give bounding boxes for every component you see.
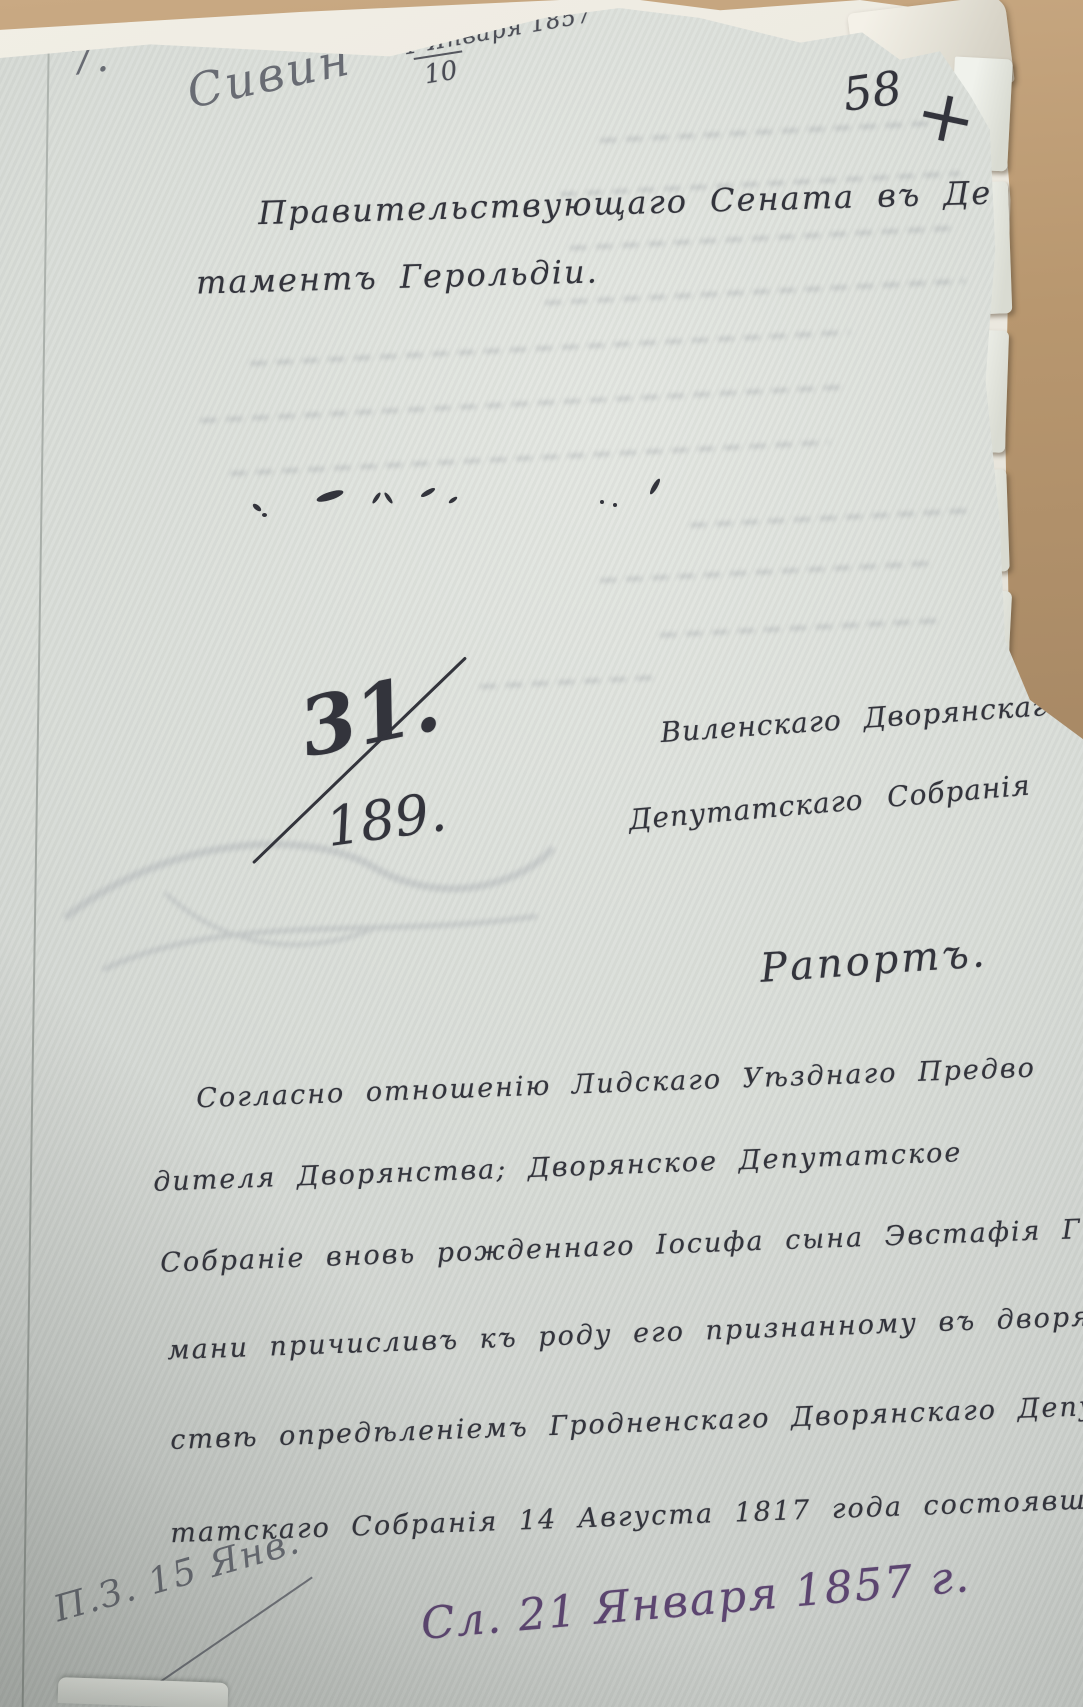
ink-blot — [315, 488, 344, 504]
bleed-through-line — [250, 330, 849, 365]
ink-blot — [648, 477, 661, 495]
date-note: Сл. 21 Января 1857 г. — [419, 1551, 973, 1650]
bleed-through-line — [600, 561, 930, 582]
bleed-through-line — [545, 279, 965, 305]
ink-blot — [252, 502, 263, 512]
top-date-number: 10 — [414, 50, 468, 91]
ink-blot — [262, 513, 267, 517]
register-numerator: 31. — [292, 655, 448, 776]
body-line: ствѣ опредѣленіемъ Гродненскаго Дворянск… — [170, 1391, 1083, 1456]
body-line: мани причисливъ къ роду его признанному … — [167, 1301, 1083, 1367]
sender-line-2: Депутатскаго Собранія — [627, 768, 1032, 836]
bleed-through-line — [690, 509, 970, 528]
addressee-line-1: Правительствующаго Сената въ Депар — [258, 172, 1059, 232]
ink-blot — [613, 503, 617, 507]
ink-blot — [448, 495, 458, 504]
ink-blot — [600, 500, 604, 504]
manuscript-page: 7. Сивин 1 Января 1857 10 58 + Правитель… — [0, 0, 1083, 1707]
body-line: татскаго Собранія 14 Августа 1817 года с… — [170, 1482, 1083, 1550]
page-number: 58 — [840, 60, 905, 122]
ink-blot — [383, 492, 394, 505]
report-title: Рапортъ. — [759, 930, 989, 992]
bleed-through-line — [230, 440, 829, 475]
addressee-line-2: таментъ Герольдіи. — [196, 252, 600, 301]
body-line: Согласно отношенію Лидскаго Уѣзднаго Пре… — [196, 1053, 1037, 1115]
bleed-through-line — [480, 675, 660, 688]
body-line: Собраніе вновь рожденнаго Іосифа сына Эв… — [160, 1212, 1083, 1279]
bleed-through-line — [660, 619, 940, 638]
bleed-through-flourish — [45, 798, 585, 998]
body-line: дителя Дворянства; Дворянское Депутатско… — [153, 1137, 963, 1198]
bleed-through-line — [570, 226, 960, 250]
ink-blot — [420, 486, 436, 498]
sender-line-1: Виленскаго Дворянскаго — [659, 688, 1066, 749]
bleed-through-line — [600, 121, 930, 142]
bottom-wrinkle — [58, 1677, 229, 1707]
photo-scene: 7. Сивин 1 Января 1857 10 58 + Правитель… — [0, 0, 1083, 1707]
bleed-through-line — [200, 385, 839, 422]
ink-blot — [371, 492, 382, 505]
